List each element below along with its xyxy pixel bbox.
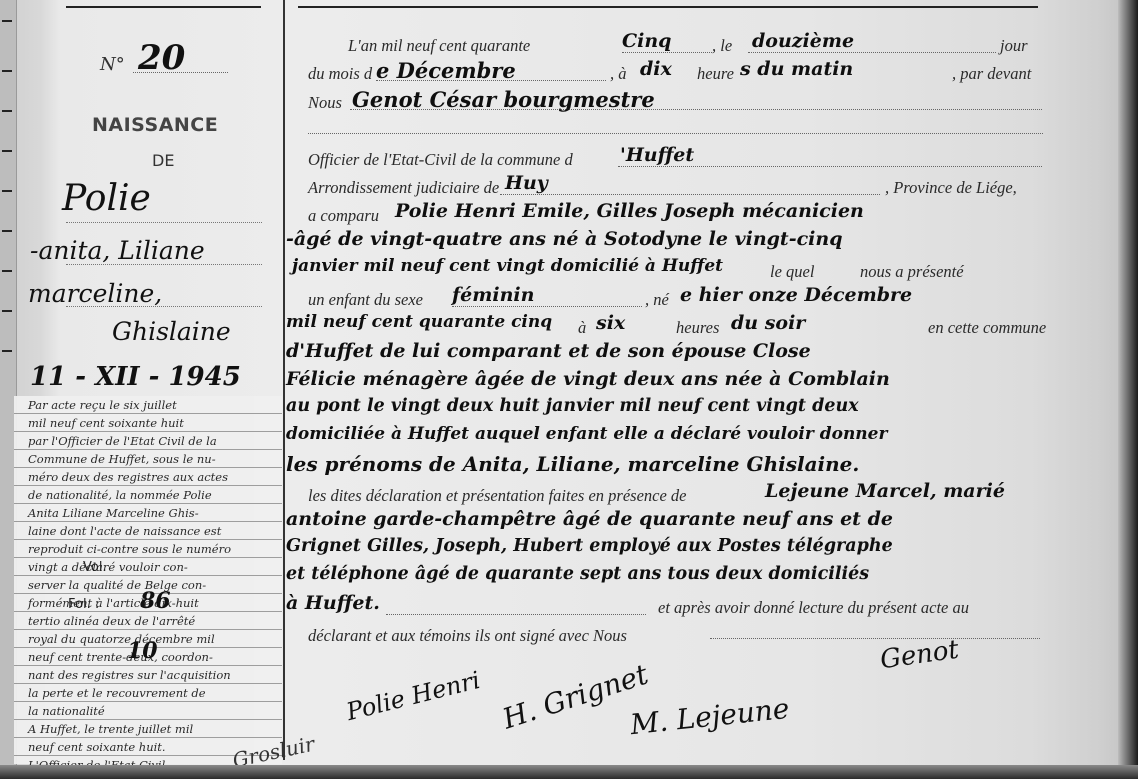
printed-text: , à: [610, 64, 627, 84]
printed-text: Officier de l'Etat-Civil de la commune d: [308, 150, 573, 170]
printed-text: un enfant du sexe: [308, 290, 423, 310]
declarant-domicile-fill: janvier mil neuf cent vingt domicilié à …: [292, 256, 723, 276]
body-line-15: les prénoms de Anita, Liliane, marceline…: [286, 452, 1031, 482]
body-line-11: d'Huffet de lui comparant et de son épou…: [286, 340, 1031, 370]
printed-text: , le: [712, 36, 732, 56]
body-line-14: domiciliée à Huffet auquel enfant elle a…: [286, 424, 1031, 454]
birth-time-fill: du soir: [731, 312, 805, 334]
given-names-2: marceline,: [28, 279, 162, 308]
birth-certificate-page: N° 20 NAISSANCE DE Polie -anita, Liliane…: [0, 0, 1138, 779]
body-line-8: janvier mil neuf cent vingt domicilié à …: [292, 256, 1037, 286]
sex-fill: féminin: [452, 284, 534, 306]
printed-text: L'an mil neuf cent quarante: [348, 36, 530, 56]
blank-line: [308, 133, 1043, 134]
annotation-line: par l'Officier de l'Etat Civil de la: [14, 432, 282, 450]
annotation-line: vingt a déclaré vouloir con-: [14, 558, 282, 576]
printed-text: Nous: [308, 93, 342, 113]
printed-text: les dites déclaration et présentation fa…: [308, 486, 687, 506]
printed-text: nous a présenté: [860, 262, 964, 282]
printed-text: a comparu: [308, 206, 379, 226]
witness1-fill: Lejeune Marcel, marié: [765, 480, 1005, 502]
mother-birth-fill: au pont le vingt deux huit janvier mil n…: [286, 396, 859, 416]
officer-fill: Genot César bourgmestre: [352, 87, 655, 112]
annotation-line: Par acte reçu le six juillet: [14, 396, 282, 414]
printed-text: Arrondissement judiciaire de: [308, 178, 499, 198]
birth-date-fill: e hier onze Décembre: [680, 284, 912, 306]
body-line-4: Officier de l'Etat-Civil de la commune d…: [300, 144, 1045, 174]
printed-text: , par devant: [952, 64, 1031, 84]
given-names-3: Ghislaine: [112, 317, 231, 346]
body-line-16: les dites déclaration et présentation fa…: [300, 480, 1045, 510]
page-bottom-edge: [0, 765, 1138, 779]
number-label: N°: [100, 54, 125, 75]
annotation-line: la nationalité: [14, 702, 282, 720]
printed-text: le quel: [770, 262, 814, 282]
commune-fill: 'Huffet: [620, 144, 694, 166]
number-line: [133, 72, 228, 73]
top-rule-right: [298, 6, 1038, 8]
annotation-line: Commune de Huffet, sous le nu-: [14, 450, 282, 468]
annotation-line: mil neuf cent soixante huit: [14, 414, 282, 432]
declarant-age-fill: -âgé de vingt-quatre ans né à Sotodyne l…: [286, 228, 842, 250]
month-fill: e Décembre: [376, 58, 516, 83]
annotation-line: reproduit ci-contre sous le numéro: [14, 540, 282, 558]
birth-date: 11 - XII - 1945: [30, 362, 241, 392]
witness1-signature: H. Grignet: [499, 658, 653, 736]
body-line-20: à Huffet. et après avoir donné lecture d…: [286, 592, 1031, 622]
annotation-line: tertio alinéa deux de l'arrêté: [14, 612, 282, 630]
printed-text: du mois d: [308, 64, 372, 84]
birth-year-fill: mil neuf cent quarante cinq: [286, 312, 552, 332]
year-fill: Cinq: [622, 30, 671, 52]
printed-text: à: [578, 318, 586, 338]
annotation-line: A Huffet, le trente juillet mil: [14, 720, 282, 738]
hour-fill: dix: [640, 58, 672, 80]
printed-text: heures: [676, 318, 719, 338]
body-line-1: L'an mil neuf cent quarante Cinq , le do…: [300, 30, 1045, 60]
annotation-line: nant des registres sur l'acquisition: [14, 666, 282, 684]
body-line-17: antoine garde-champêtre âgé de quarante …: [286, 508, 1031, 538]
printed-text: en cette commune: [928, 318, 1046, 338]
day-fill: douzième: [752, 30, 854, 52]
annotation-line: la perte et le recouvrement de: [14, 684, 282, 702]
given-names-fill: les prénoms de Anita, Liliane, marceline…: [286, 452, 859, 476]
printed-text: et après avoir donné lecture du présent …: [658, 598, 969, 618]
body-line-18: Grignet Gilles, Joseph, Hubert employé a…: [286, 536, 1031, 566]
body-line-10: mil neuf cent quarante cinq à six heures…: [286, 312, 1031, 342]
annotation-line: méro deux des registres aux actes: [14, 468, 282, 486]
declarant-signature: Polie Henri: [344, 666, 483, 726]
body-line-5: Arrondissement judiciaire de Huy , Provi…: [300, 172, 1045, 202]
body-line-12: Félicie ménagère âgée de vingt deux ans …: [286, 368, 1031, 398]
margin-annotation: Par acte reçu le six juillet mil neuf ce…: [14, 396, 282, 764]
witness-domicile-fill: à Huffet.: [286, 592, 380, 614]
body-line-2: du mois d e Décembre , à dix heure s du …: [300, 58, 1045, 88]
surname-line: [66, 222, 262, 223]
given-names-1: -anita, Liliane: [30, 236, 205, 265]
arrondissement-fill: Huy: [505, 172, 548, 194]
declarant-fill: Polie Henri Emile, Gilles Joseph mécanic…: [395, 200, 864, 222]
witness2-details-fill: et téléphone âgé de quarante sept ans to…: [286, 564, 869, 584]
page-edge: [1118, 0, 1138, 779]
birth-hour-fill: six: [596, 312, 625, 334]
witness2-fill: Grignet Gilles, Joseph, Hubert employé a…: [286, 536, 893, 556]
given-names-line-2: [66, 306, 262, 307]
vol-label: Vol.: [83, 560, 107, 575]
time-of-day-fill: s du matin: [740, 58, 853, 80]
heading-de: DE: [152, 151, 174, 170]
body-line-7: -âgé de vingt-quatre ans né à Sotodyne l…: [286, 228, 1031, 258]
witness1-details-fill: antoine garde-champêtre âgé de quarante …: [286, 508, 893, 530]
body-line-13: au pont le vingt deux huit janvier mil n…: [286, 396, 1031, 426]
mother-details-fill: Félicie ménagère âgée de vingt deux ans …: [286, 368, 890, 390]
printed-text: , né: [645, 290, 669, 310]
given-names-line-1: [66, 264, 262, 265]
surname: Polie: [62, 178, 151, 219]
body-line-19: et téléphone âgé de quarante sept ans to…: [286, 564, 1031, 594]
annotation-line: Anita Liliane Marceline Ghis-: [14, 504, 282, 522]
annotation-line: de nationalité, la nommée Polie: [14, 486, 282, 504]
annotation-line: laine dont l'acte de naissance est: [14, 522, 282, 540]
top-rule-left: [66, 6, 261, 8]
mother-fill: d'Huffet de lui comparant et de son épou…: [286, 340, 811, 362]
printed-text: jour: [1000, 36, 1028, 56]
fol-label: Fol. :: [68, 597, 99, 612]
body-line-9: un enfant du sexe féminin , né e hier on…: [300, 284, 1045, 314]
printed-text: heure: [697, 64, 734, 84]
witness2-signature: M. Lejeune: [629, 692, 791, 741]
printed-text: , Province de Liége,: [885, 178, 1017, 198]
fol-value: 86: [140, 588, 171, 614]
vol-value: 10: [127, 638, 158, 664]
printed-text: déclarant et aux témoins ils ont signé a…: [308, 626, 627, 646]
mother-domicile-fill: domiciliée à Huffet auquel enfant elle a…: [286, 424, 887, 444]
column-divider: [283, 0, 285, 760]
body-line-6: a comparu Polie Henri Emile, Gilles Jose…: [300, 200, 1045, 230]
heading-naissance: NAISSANCE: [92, 114, 218, 136]
body-line-3: Nous Genot César bourgmestre: [300, 87, 1045, 117]
